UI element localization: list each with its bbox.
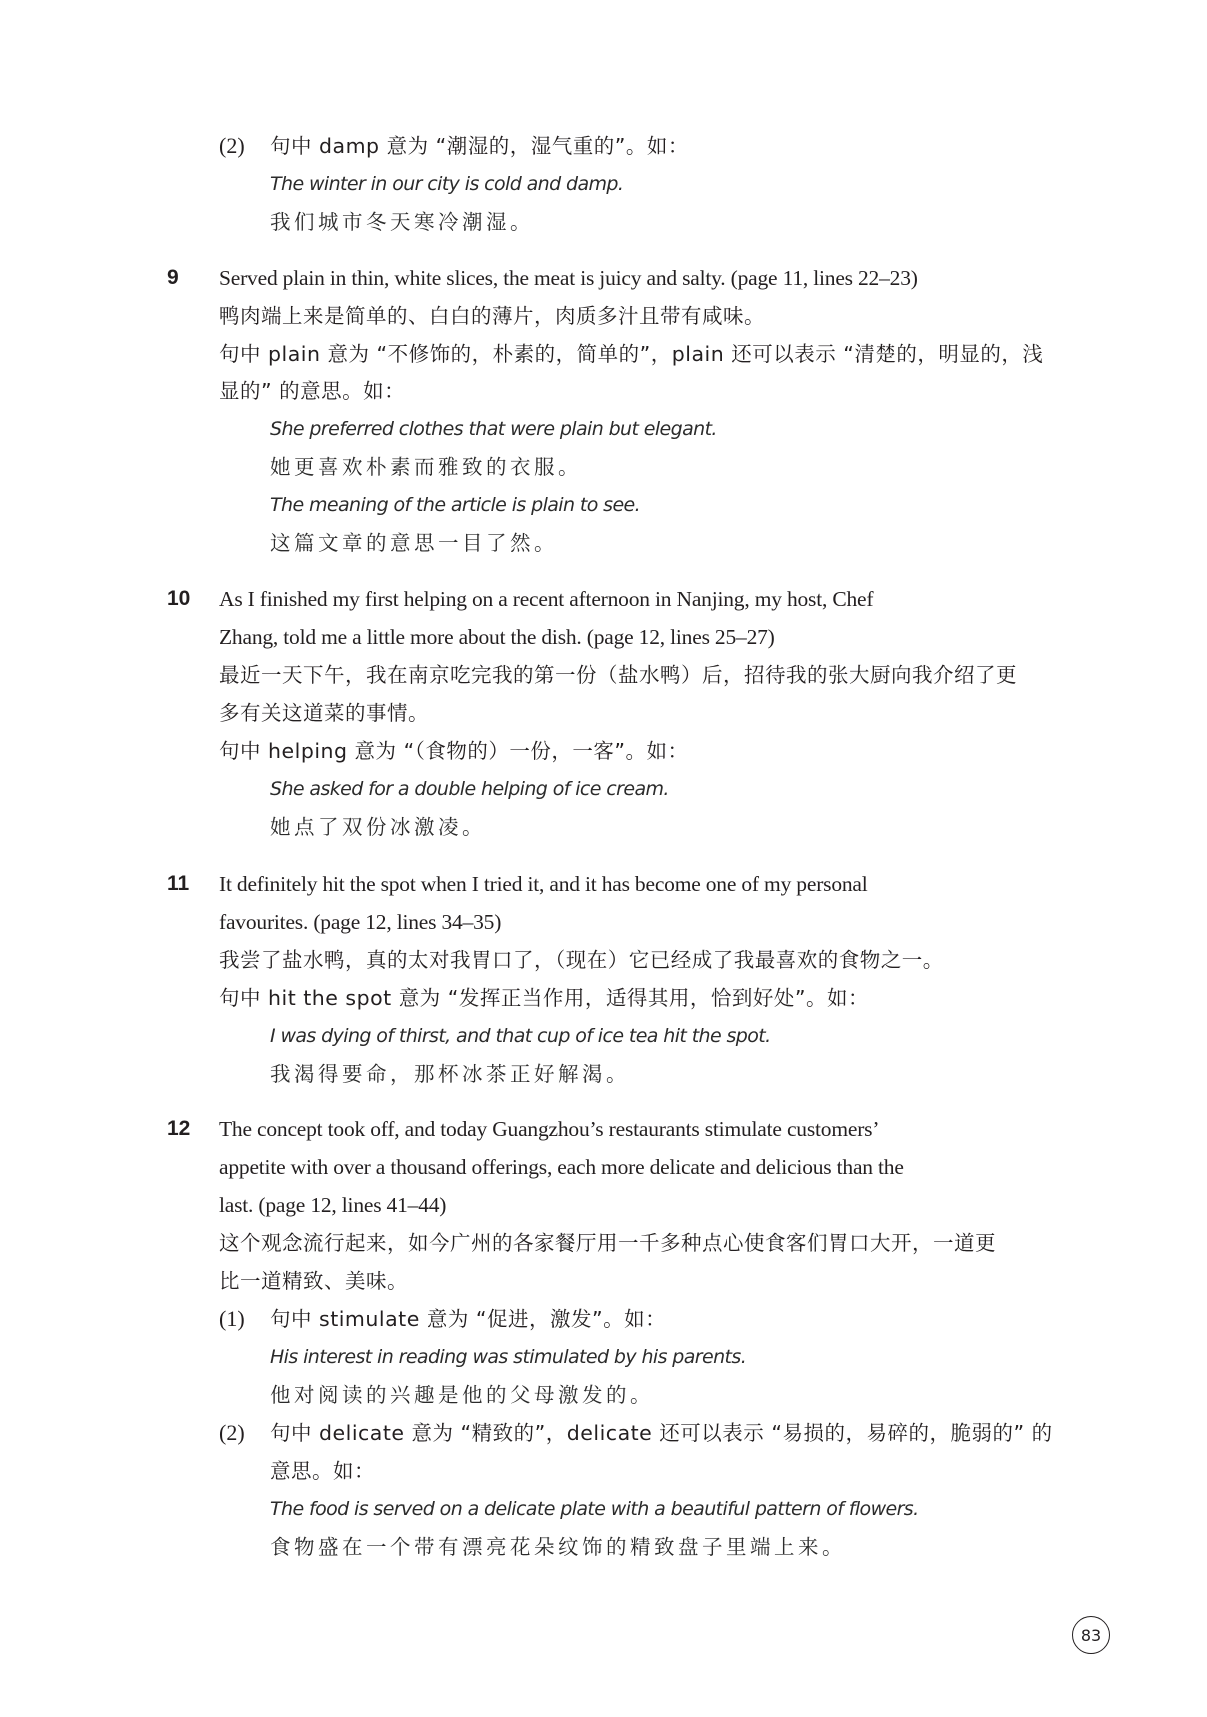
source-sentence: appetite with over a thousand offerings,… xyxy=(219,1153,904,1181)
example-cn: 他对阅读的兴趣是他的父母激发的。 xyxy=(270,1381,654,1409)
example-cn: 我渴得要命，那杯冰茶正好解渴。 xyxy=(270,1060,630,1088)
example-cn: 食物盛在一个带有漂亮花朵纹饰的精致盘子里端上来。 xyxy=(270,1533,846,1561)
source-sentence: last. (page 12, lines 41–44) xyxy=(219,1191,446,1219)
example-cn: 我们城市冬天寒冷潮湿。 xyxy=(270,208,534,236)
explanation: 句中 stimulate 意为 “促进，激发”。如： xyxy=(270,1305,666,1333)
explanation: 意思。如： xyxy=(270,1457,375,1485)
example-en: I was dying of thirst, and that cup of i… xyxy=(270,1022,771,1050)
translation: 鸭肉端上来是简单的、白白的薄片，肉质多汁且带有咸味。 xyxy=(219,302,765,330)
example-en: The meaning of the article is plain to s… xyxy=(270,491,640,519)
explanation: 句中 hit the spot 意为 “发挥正当作用，适得其用，恰到好处”。如： xyxy=(219,984,869,1012)
translation: 最近一天下午，我在南京吃完我的第一份（盐水鸭）后，招待我的张大厨向我介绍了更 xyxy=(219,661,1017,689)
textbook-page: (2) 句中 damp 意为 “潮湿的，湿气重的”。如： The winter … xyxy=(0,0,1207,1717)
example-en: His interest in reading was stimulated b… xyxy=(270,1343,746,1371)
translation: 比一道精致、美味。 xyxy=(219,1267,408,1295)
example-cn: 她点了双份冰激凌。 xyxy=(270,813,486,841)
explanation: 显的” 的意思。如： xyxy=(219,377,405,405)
source-sentence: The concept took off, and today Guangzho… xyxy=(219,1115,879,1143)
note-number: 9 xyxy=(167,264,179,292)
note-number: 12 xyxy=(167,1115,190,1143)
example-en: The winter in our city is cold and damp. xyxy=(270,170,623,198)
source-sentence: It definitely hit the spot when I tried … xyxy=(219,870,868,898)
translation: 多有关这道菜的事情。 xyxy=(219,699,429,727)
explanation: 句中 helping 意为 “（食物的）一份，一客”。如： xyxy=(219,737,689,765)
example-cn: 这篇文章的意思一目了然。 xyxy=(270,529,558,557)
page-number-badge: 83 xyxy=(1072,1616,1110,1654)
sub-item-label: (1) xyxy=(219,1305,245,1333)
note-number: 10 xyxy=(167,585,190,613)
translation: 这个观念流行起来，如今广州的各家餐厅用一千多种点心使食客们胃口大开，一道更 xyxy=(219,1229,996,1257)
source-sentence: Zhang, told me a little more about the d… xyxy=(219,623,775,651)
source-sentence: favourites. (page 12, lines 34–35) xyxy=(219,908,501,936)
example-en: She asked for a double helping of ice cr… xyxy=(270,775,669,803)
explanation: 句中 plain 意为 “不修饰的，朴素的，简单的”，plain 还可以表示 “… xyxy=(219,340,1043,368)
translation: 我尝了盐水鸭，真的太对我胃口了，（现在）它已经成了我最喜欢的食物之一。 xyxy=(219,946,944,974)
sub-item-label: (2) xyxy=(219,132,245,160)
example-en: The food is served on a delicate plate w… xyxy=(270,1495,919,1523)
source-sentence: As I finished my first helping on a rece… xyxy=(219,585,873,613)
explanation: 句中 damp 意为 “潮湿的，湿气重的”。如： xyxy=(270,132,689,160)
example-en: She preferred clothes that were plain bu… xyxy=(270,415,717,443)
sub-item-label: (2) xyxy=(219,1419,245,1447)
page-number: 83 xyxy=(1081,1626,1101,1645)
explanation: 句中 delicate 意为 “精致的”，delicate 还可以表示 “易损的… xyxy=(270,1419,1053,1447)
note-number: 11 xyxy=(167,870,189,898)
source-sentence: Served plain in thin, white slices, the … xyxy=(219,264,918,292)
example-cn: 她更喜欢朴素而雅致的衣服。 xyxy=(270,453,582,481)
